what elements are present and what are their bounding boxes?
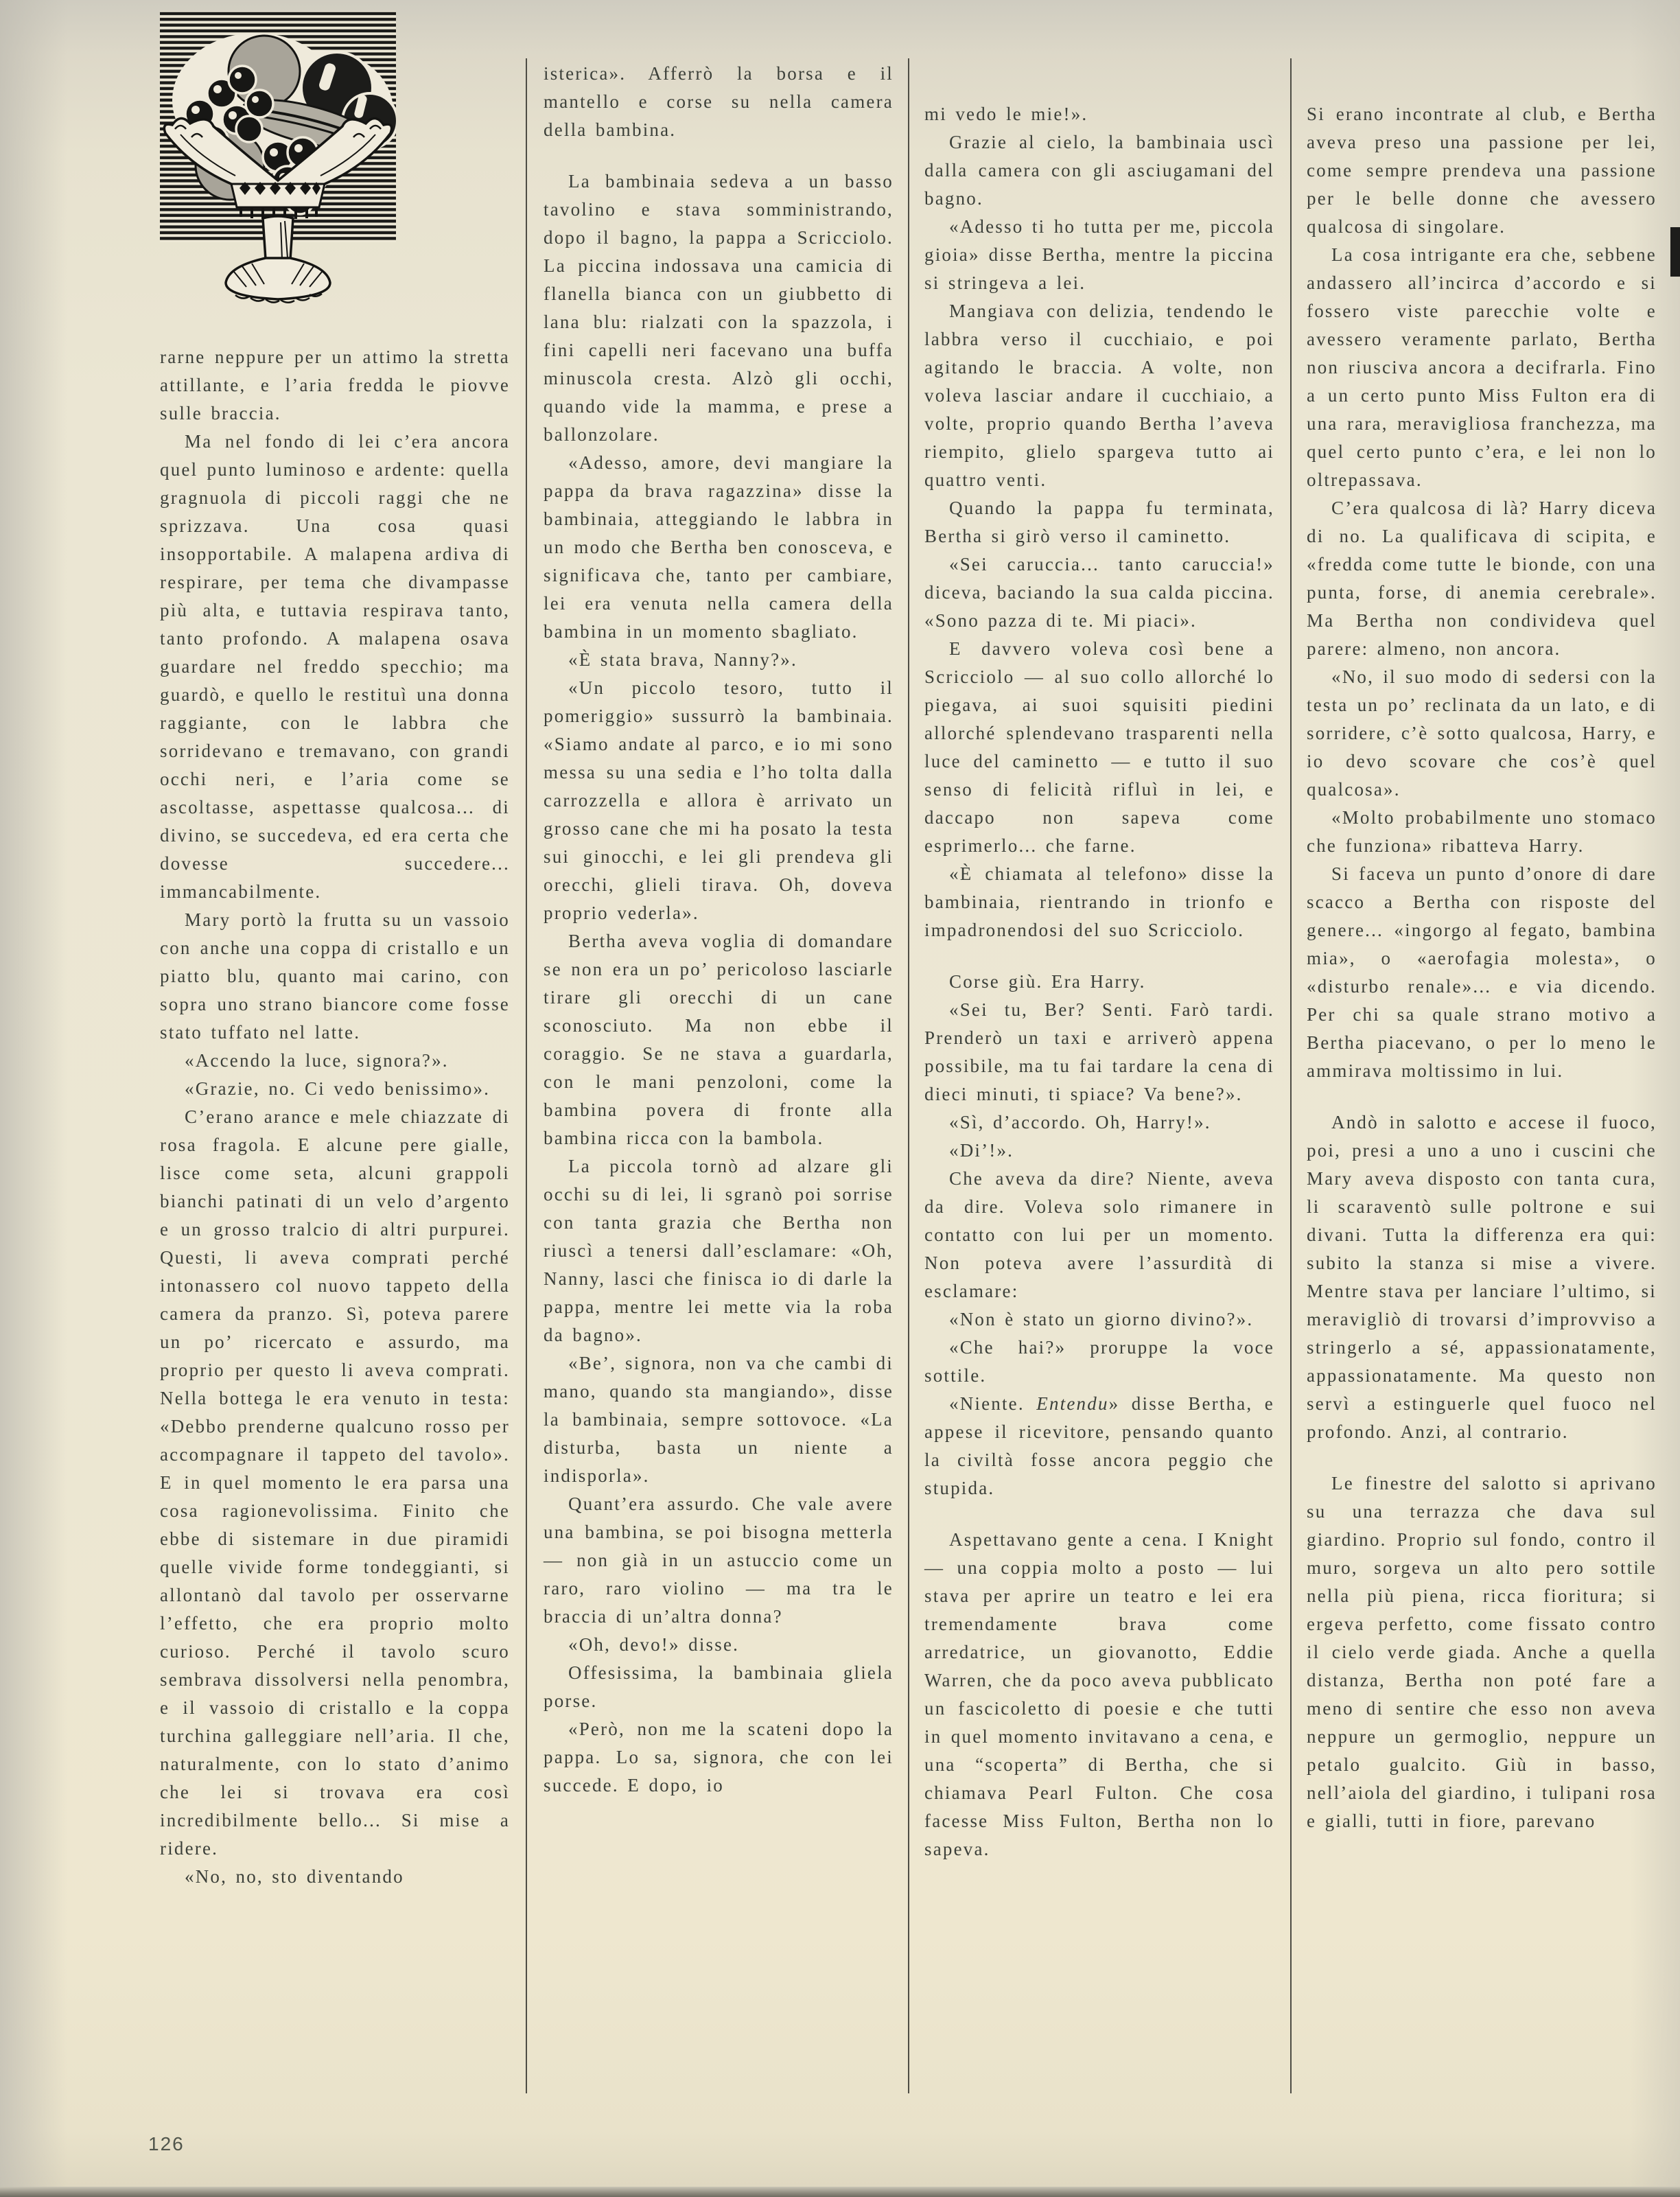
paragraph: «Niente. Entendu» disse Bertha, e appese… (924, 1390, 1274, 1502)
paragraph: mi vedo le mie!». (924, 100, 1274, 128)
paragraph: «Be’, signora, non va che cambi di mano,… (544, 1349, 894, 1490)
paragraph: Offesissima, la bambinaia gliela porse. (544, 1659, 894, 1715)
paragraph: Le finestre del salotto si aprivano su u… (1307, 1469, 1657, 1835)
paragraph: Mangiava con delizia, tendendo le labbra… (924, 297, 1274, 494)
scanned-book-page: rarne neppure per un attimo la stretta a… (0, 0, 1680, 2197)
page-number: 126 (148, 2133, 185, 2155)
bowl-foot (226, 258, 330, 303)
column-divider (908, 58, 909, 2093)
paragraph: «Adesso ti ho tutta per me, piccola gioi… (924, 213, 1274, 297)
bowl-stem (263, 216, 293, 261)
paragraph: «È stata brava, Nanny?». (544, 646, 894, 674)
paragraph: La piccola tornò ad alzare gli occhi su … (544, 1152, 894, 1349)
fruit-bowl-woodcut-icon (160, 11, 396, 307)
scan-bottom-edge (0, 2187, 1680, 2197)
paragraph: rarne neppure per un attimo la stretta a… (160, 343, 510, 428)
paragraph: Mary portò la frutta su un vassoio con a… (160, 906, 510, 1047)
paragraph: E davvero voleva così bene a Scricciolo … (924, 635, 1274, 860)
column-divider (526, 58, 527, 2093)
paragraph: «Sei caruccia... tanto caruccia!» diceva… (924, 550, 1274, 635)
paragraph: «Adesso, amore, devi mangiare la pappa d… (544, 449, 894, 646)
paragraph: «Un piccolo tesoro, tutto il pomeriggio»… (544, 674, 894, 927)
paragraph: La cosa intrigante era che, sebbene anda… (1307, 241, 1657, 494)
paragraph: isterica». Afferrò la borsa e il mantell… (544, 60, 894, 144)
paragraph: La bambinaia sedeva a un basso tavolino … (544, 167, 894, 449)
paragraph: «Che hai?» proruppe la voce sottile. (924, 1334, 1274, 1390)
paragraph: Grazie al cielo, la bambinaia uscì dalla… (924, 128, 1274, 213)
paragraph: Corse giù. Era Harry. (924, 968, 1274, 996)
paragraph: «È chiamata al telefono» disse la bambin… (924, 860, 1274, 944)
paragraph: «Sì, d’accordo. Oh, Harry!». (924, 1108, 1274, 1137)
paragraph: Quant’era assurdo. Che vale avere una ba… (544, 1490, 894, 1631)
paragraph: Andò in salotto e accese il fuoco, poi, … (1307, 1108, 1657, 1446)
text-column-2: isterica». Afferrò la borsa e il mantell… (544, 60, 894, 1800)
paragraph: «Di’!». (924, 1137, 1274, 1165)
paragraph: Ma nel fondo di lei c’era ancora quel pu… (160, 428, 510, 906)
text-column-1: rarne neppure per un attimo la stretta a… (160, 343, 510, 1891)
fruit-bowl-illustration (160, 11, 396, 307)
scan-artifact-mark (1670, 227, 1680, 277)
paragraph: Quando la pappa fu terminata, Bertha si … (924, 494, 1274, 550)
paragraph: Si erano incontrate al club, e Bertha av… (1307, 100, 1657, 241)
paragraph: Aspettavano gente a cena. I Knight — una… (924, 1526, 1274, 1863)
paragraph: «Però, non me la scateni dopo la pappa. … (544, 1715, 894, 1800)
paragraph: Si faceva un punto d’onore di dare scacc… (1307, 860, 1657, 1085)
paragraph: Bertha aveva voglia di domandare se non … (544, 927, 894, 1152)
paragraph: «No, no, sto diventando (160, 1863, 510, 1891)
text-column-4: Si erano incontrate al club, e Bertha av… (1307, 100, 1657, 1835)
paragraph: «Molto probabilmente uno stomaco che fun… (1307, 804, 1657, 860)
paragraph: Che aveva da dire? Niente, aveva da dire… (924, 1165, 1274, 1305)
paragraph: «No, il suo modo di sedersi con la testa… (1307, 663, 1657, 804)
column-divider (1290, 58, 1292, 2093)
paragraph: «Grazie, no. Ci vedo benissimo». (160, 1075, 510, 1103)
paragraph: «Oh, devo!» disse. (544, 1631, 894, 1659)
paragraph: C’erano arance e mele chiazzate di rosa … (160, 1103, 510, 1863)
paragraph: «Non è stato un giorno divino?». (924, 1305, 1274, 1334)
paragraph: «Accendo la luce, signora?». (160, 1047, 510, 1075)
paragraph: C’era qualcosa di là? Harry diceva di no… (1307, 494, 1657, 663)
text-column-3: mi vedo le mie!».Grazie al cielo, la bam… (924, 100, 1274, 1863)
paragraph: «Sei tu, Ber? Senti. Farò tardi. Prender… (924, 996, 1274, 1108)
